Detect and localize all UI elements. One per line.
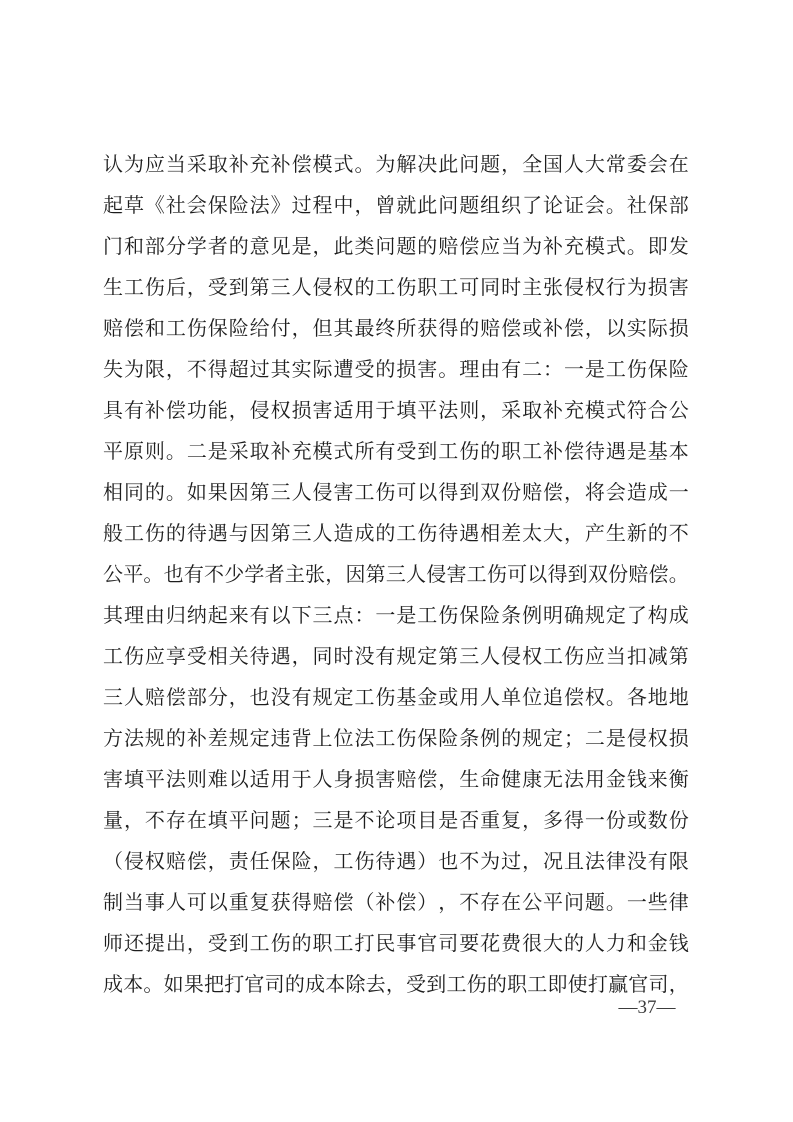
text-block: 认为应当采取补充补偿模式。为解决此问题，全国人大常委会在起草《社会保险法》过程中… xyxy=(103,142,689,1003)
text-line: 量，不存在填平问题；三是不论项目是否重复，多得一份或数份 xyxy=(103,798,689,839)
text-line: 般工伤的待遇与因第三人造成的工伤待遇相差太大，产生新的不 xyxy=(103,511,689,552)
text-line: 起草《社会保险法》过程中，曾就此问题组织了论证会。社保部 xyxy=(103,183,689,224)
text-line: 师还提出，受到工伤的职工打民事官司要花费很大的人力和金钱 xyxy=(103,921,689,962)
text-line: 其理由归纳起来有以下三点：一是工伤保险条例明确规定了构成 xyxy=(103,593,689,634)
text-line: 门和部分学者的意见是，此类问题的赔偿应当为补充模式。即发 xyxy=(103,224,689,265)
text-line: 平原则。二是采取补充模式所有受到工伤的职工补偿待遇是基本 xyxy=(103,429,689,470)
text-line: 三人赔偿部分，也没有规定工伤基金或用人单位追偿权。各地地 xyxy=(103,675,689,716)
text-line: 赔偿和工伤保险给付，但其最终所获得的赔偿或补偿，以实际损 xyxy=(103,306,689,347)
page-number: —37— xyxy=(601,996,693,1020)
text-line: 相同的。如果因第三人侵害工伤可以得到双份赔偿，将会造成一 xyxy=(103,470,689,511)
text-line: 方法规的补差规定违背上位法工伤保险条例的规定；二是侵权损 xyxy=(103,716,689,757)
text-line: 具有补偿功能，侵权损害适用于填平法则，采取补充模式符合公 xyxy=(103,388,689,429)
text-line: 公平。也有不少学者主张，因第三人侵害工伤可以得到双份赔偿。 xyxy=(103,552,689,593)
text-line: （侵权赔偿，责任保险，工伤待遇）也不为过，况且法律没有限 xyxy=(103,839,689,880)
text-line: 认为应当采取补充补偿模式。为解决此问题，全国人大常委会在 xyxy=(103,142,689,183)
text-line: 失为限，不得超过其实际遭受的损害。理由有二：一是工伤保险 xyxy=(103,347,689,388)
document-page: 认为应当采取补充补偿模式。为解决此问题，全国人大常委会在起草《社会保险法》过程中… xyxy=(0,0,793,1122)
text-line: 生工伤后，受到第三人侵权的工伤职工可同时主张侵权行为损害 xyxy=(103,265,689,306)
text-line: 害填平法则难以适用于人身损害赔偿，生命健康无法用金钱来衡 xyxy=(103,757,689,798)
text-line: 工伤应享受相关待遇，同时没有规定第三人侵权工伤应当扣减第 xyxy=(103,634,689,675)
text-line: 制当事人可以重复获得赔偿（补偿），不存在公平问题。一些律 xyxy=(103,880,689,921)
